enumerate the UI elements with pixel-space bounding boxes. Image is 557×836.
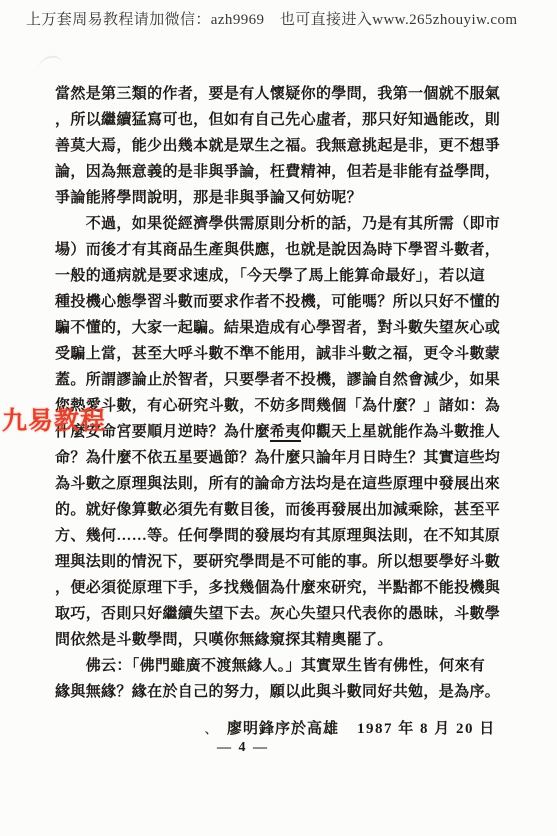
text-line: 命？為什麼不依五星要過節？為什麼只論年月日時生？其實這些均 — [55, 446, 519, 472]
text-line: 為斗數之原理與法則，所有的論命方法均是在這些原理中發展出來 — [55, 472, 519, 498]
text-line: 佛云：「佛門雖廣不渡無緣人。」其實眾生皆有佛性，何來有 — [55, 654, 519, 680]
text-line: 一般的通病就是要求速成，「今天學了馬上能算命最好」，若以這 — [55, 264, 519, 290]
scan-smudge-artifact — [37, 54, 62, 68]
text-line: 什麼安命宮要順月逆時？為什麼希夷仰觀天上星就能作為斗數推人 — [55, 420, 519, 446]
body-text: 當然是第三類的作者，要是有人懷疑你的學問，我第一個就不服氣，所以繼續猛寫可也，但… — [55, 82, 519, 706]
scanned-document-page: 上万套周易教程请加微信：azh9969 也可直接进入www.265zhouyiw… — [0, 0, 557, 836]
text-line: 場）而後才有其商品生產與供應，也就是說因為時下學習斗數者， — [55, 238, 519, 264]
text-line: 受騙上當，甚至大呼斗數不準不能用，誠非斗數之福，更令斗數蒙 — [55, 342, 519, 368]
text-line: 論，因為無意義的是非與爭論，枉費精神，但若是非能有益學問， — [55, 160, 519, 186]
text-line: 當然是第三類的作者，要是有人懷疑你的學問，我第一個就不服氣 — [55, 82, 519, 108]
text-line: 問依然是斗數學問，只嘆你無緣窺探其精奧罷了。 — [55, 628, 519, 654]
promo-header: 上万套周易教程请加微信：azh9969 也可直接进入www.265zhouyiw… — [26, 9, 554, 31]
signature-mark: 、 — [205, 721, 217, 737]
text-line: 不過，如果從經濟學供需原則分析的話，乃是有其所需（即市 — [55, 212, 519, 238]
text-line: 方、幾何……等。任何學問的發展均有其原理與法則，在不知其原 — [55, 524, 519, 550]
text-line: ，所以繼續猛寫可也，但如有自己先心虛者，那只好知過能改，則 — [55, 108, 519, 134]
signature-date: 1987 年 8 月 20 日 — [357, 717, 496, 738]
text-line: 您熱愛斗數，有心研究斗數，不妨多問幾個「為什麼？」諸如：為 — [55, 394, 519, 420]
text-line: 種投機心態學習斗數而要求作者不投機，可能嗎？所以只好不懂的 — [55, 290, 519, 316]
promo-text: 上万套周易教程请加微信：azh9969 也可直接进入www.265zhouyiw… — [26, 12, 517, 28]
text-line: 善莫大焉，能少出幾本就是眾生之福。我無意挑起是非，更不想爭 — [55, 134, 519, 160]
text-line: 理與法則的情況下，要研究學問是不可能的事。所以想要學好斗數 — [55, 550, 519, 576]
signature-line: 、 廖明鋒序於高雄 1987 年 8 月 20 日 — [205, 717, 496, 738]
signature-author: 廖明鋒序於高雄 — [227, 717, 339, 738]
text-line: 蓋。所謂謬論止於智者，只要學者不投機，謬論自然會減少，如果 — [55, 368, 519, 394]
text-line: ，便必須從原理下手，多找幾個為什麼來研究，半點都不能投機與 — [55, 576, 519, 602]
red-watermark: 九易教程 — [2, 401, 106, 437]
text-segment: 仰觀天上星就能作為斗數推人 — [301, 424, 501, 440]
text-line: 爭論能將學問說明，那是非與爭論又何妨呢？ — [55, 186, 519, 212]
text-line: 騙不懂的，大家一起騙。結果造成有心學習者，對斗數失望灰心或 — [55, 316, 519, 342]
text-line: 的。就好像算數必須先有數目後，而後再發展出加減乘除，甚至平 — [55, 498, 519, 524]
underlined-term: 希夷 — [270, 424, 301, 442]
page-number: — 4 — — [0, 740, 486, 756]
text-line: 取巧，否則只好繼續失望下去。灰心失望只代表你的愚昧，斗數學 — [55, 602, 519, 628]
text-line: 緣與無緣？緣在於自己的努力，願以此與斗數同好共勉，是為序。 — [55, 680, 519, 706]
